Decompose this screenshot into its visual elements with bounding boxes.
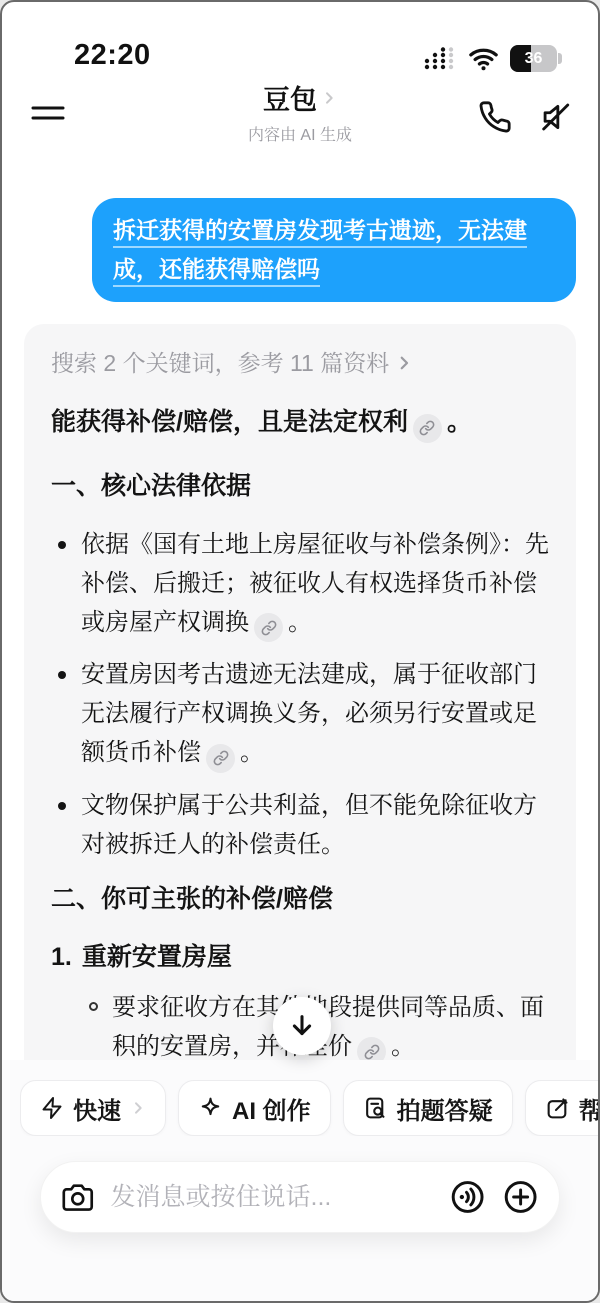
numbered-item: 1. 重新安置房屋 <box>51 938 552 976</box>
lightning-icon <box>40 1096 64 1120</box>
message-input-bar <box>40 1161 560 1233</box>
voice-call-icon[interactable] <box>478 100 512 134</box>
signal-strength-icon <box>423 47 457 71</box>
status-icons: 36 <box>423 45 562 72</box>
bot-title-button[interactable]: 豆包 <box>263 78 337 117</box>
answer-lead: 能获得补偿/赔偿，且是法定权利。 <box>51 402 552 443</box>
voice-wave-icon[interactable] <box>449 1177 486 1217</box>
search-references-link[interactable]: 搜索 2 个关键词，参考 11 篇资料 <box>51 348 552 378</box>
battery-nub <box>558 53 562 64</box>
sparkle-icon <box>198 1096 223 1121</box>
list-item: 依据《国有土地上房屋征收与补偿条例》：先补偿、后搬迁；被征收人有权选择货币补偿或… <box>51 525 552 643</box>
quick-action-chips: 快速 AI 创作 拍题答疑 帮我写作 <box>20 1080 598 1136</box>
user-message-text: 拆迁获得的安置房发现考古遗迹，无法建成，还能获得赔偿吗 <box>113 217 527 282</box>
arrow-down-icon <box>288 1012 316 1040</box>
user-message-bubble[interactable]: 拆迁获得的安置房发现考古遗迹，无法建成，还能获得赔偿吗 <box>92 198 576 302</box>
app-screen: 22:20 36 <box>0 0 600 1303</box>
plus-icon[interactable] <box>502 1177 539 1217</box>
list-item: 安置房因考古遗迹无法建成，属于征收部门无法履行产权调换义务，必须另行安置或足额货… <box>51 655 552 773</box>
list-item: 文物保护属于公共利益，但不能免除征收方对被拆迁人的补偿责任。 <box>51 786 552 864</box>
status-bar: 22:20 36 <box>2 2 598 76</box>
link-icon[interactable] <box>254 613 283 642</box>
bottom-bar: 快速 AI 创作 拍题答疑 帮我写作 <box>2 1060 598 1301</box>
clock: 22:20 <box>74 39 151 72</box>
hollow-bullet-icon <box>89 1002 98 1011</box>
bullet-dot-icon <box>58 671 66 679</box>
link-icon[interactable] <box>413 414 442 443</box>
ai-response-card: 搜索 2 个关键词，参考 11 篇资料 能获得补偿/赔偿，且是法定权利。 一、核… <box>24 324 576 1060</box>
chip-ai-create[interactable]: AI 创作 <box>178 1080 331 1136</box>
section-heading-2: 二、你可主张的补偿/赔偿 <box>51 880 552 918</box>
camera-icon[interactable] <box>61 1179 95 1215</box>
battery-percent: 36 <box>510 45 557 72</box>
chat-header: 豆包 内容由 AI 生成 <box>2 76 598 164</box>
bullet-list: 依据《国有土地上房屋征收与补偿条例》：先补偿、后搬迁；被征收人有权选择货币补偿或… <box>51 525 552 864</box>
chip-quick[interactable]: 快速 <box>20 1080 166 1136</box>
search-meta-text: 搜索 2 个关键词，参考 11 篇资料 <box>51 348 389 378</box>
section-heading-1: 一、核心法律依据 <box>51 467 552 505</box>
chip-photo-solve[interactable]: 拍题答疑 <box>343 1080 513 1136</box>
edit-icon <box>545 1096 570 1121</box>
item-number: 1. <box>51 938 72 976</box>
link-icon[interactable] <box>206 744 235 773</box>
bullet-dot-icon <box>58 541 66 549</box>
chevron-right-icon <box>130 1100 146 1116</box>
item-title: 重新安置房屋 <box>82 938 232 976</box>
message-input[interactable] <box>111 1183 433 1212</box>
photo-question-icon <box>363 1096 388 1121</box>
mute-speaker-icon[interactable] <box>538 100 572 134</box>
battery-icon: 36 <box>510 45 562 72</box>
scroll-to-bottom-button[interactable] <box>273 997 331 1055</box>
bullet-dot-icon <box>58 802 66 810</box>
chat-scroll-area[interactable]: 拆迁获得的安置房发现考古遗迹，无法建成，还能获得赔偿吗 搜索 2 个关键词，参考… <box>2 164 598 1060</box>
wifi-icon <box>468 47 499 71</box>
chevron-right-icon <box>395 354 413 372</box>
link-icon[interactable] <box>357 1037 386 1060</box>
chip-help-write[interactable]: 帮我写作 <box>525 1080 598 1136</box>
chevron-right-icon <box>321 90 337 106</box>
app-title: 豆包 <box>263 78 317 117</box>
